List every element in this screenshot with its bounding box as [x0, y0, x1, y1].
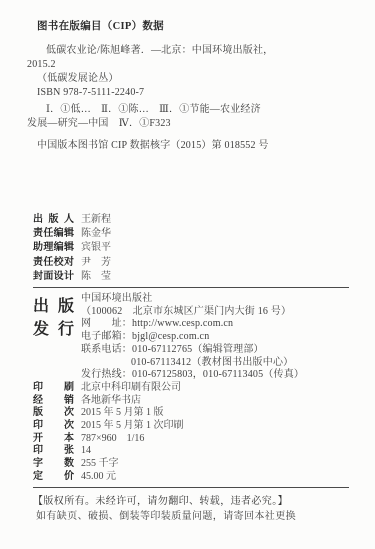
quality-notice: 如有缺页、破损、倒装等印装质量问题，请寄回本社更换: [36, 509, 349, 524]
print-value: 2015 年 5 月第 1 次印刷: [81, 420, 184, 431]
print-label: 开本: [33, 433, 74, 446]
staff-label: 出版人: [33, 213, 74, 227]
print-label: 定价: [33, 471, 74, 484]
print-label: 版次: [33, 407, 74, 420]
print-value: 北京中科印刷有限公司: [81, 382, 181, 393]
cip-section: 图书在版编目（CIP）数据 低碳农业论/陈旭峰著．—北京：中国环境出版社， 20…: [27, 18, 349, 153]
staff-label: 责任编辑: [33, 227, 74, 241]
cip-record-number: 中国版本图书馆 CIP 数据核字（2015）第 018552 号: [37, 139, 349, 153]
staff-label: 助理编辑: [33, 241, 74, 255]
staff-label: 责任校对: [33, 256, 74, 270]
print-row-word-count: 字数255 千字: [33, 458, 349, 471]
publisher-details: 中国环境出版社 （100062 北京市东城区广渠门内大街 16 号） 网 址：h…: [81, 293, 304, 382]
print-value: 2015 年 5 月第 1 版: [81, 407, 164, 418]
print-value: 45.00 元: [81, 471, 116, 482]
print-row-impression: 印次2015 年 5 月第 1 次印刷: [33, 420, 349, 433]
publisher-hotline: 发行热线：010-67125803，010-67113405（传真）: [81, 369, 304, 382]
publishing-section: 出版发行 中国环境出版社 （100062 北京市东城区广渠门内大街 16 号） …: [33, 293, 349, 484]
publisher-block: 出版发行 中国环境出版社 （100062 北京市东城区广渠门内大街 16 号） …: [33, 293, 349, 382]
publisher-address: （100062 北京市东城区广渠门内大街 16 号）: [81, 306, 304, 319]
staff-value: 尹 芳: [81, 257, 111, 268]
publisher-phone-1: 联系电话：010-67112765（编辑管理部）: [81, 344, 304, 357]
print-value: 787×960 1/16: [81, 433, 144, 444]
staff-row-proofreader: 责任校对尹 芳: [33, 256, 349, 270]
print-value: 255 千字: [81, 458, 119, 469]
publisher-email: 电子邮箱：bjgl@cesp.com.cn: [81, 331, 304, 344]
divider-top: [33, 287, 349, 288]
print-row-edition: 版次2015 年 5 月第 1 版: [33, 407, 349, 420]
staff-row-publisher-person: 出版人王新程: [33, 213, 349, 227]
staff-section: 出版人王新程 责任编辑陈金华 助理编辑宾银平 责任校对尹 芳 封面设计陈 莹: [33, 213, 349, 284]
print-row-format: 开本787×960 1/16: [33, 433, 349, 446]
staff-row-cover-designer: 封面设计陈 莹: [33, 270, 349, 284]
copyright-notice: 【版权所有。未经许可，请勿翻印、转载，违者必究。】: [33, 494, 349, 509]
cip-header: 图书在版编目（CIP）数据: [37, 18, 349, 33]
cip-classification-line: Ⅰ．①低… Ⅱ．①陈… Ⅲ．①节能—农业经济: [46, 103, 349, 117]
print-row-price: 定价45.00 元: [33, 471, 349, 484]
cip-title-line-continued: 2015.2: [27, 58, 349, 72]
staff-row-editor: 责任编辑陈金华: [33, 227, 349, 241]
divider-bottom: [33, 487, 349, 488]
print-label: 印张: [33, 445, 74, 458]
publisher-phone-2: 010-67113412（教材图书出版中心）: [131, 357, 304, 370]
publisher-label: 出版发行: [33, 293, 74, 382]
print-row-sheets: 印张14: [33, 445, 349, 458]
print-value: 各地新华书店: [81, 395, 141, 406]
cip-classification-line-continued: 发展—研究—中国 Ⅳ．①F323: [27, 117, 349, 131]
print-label: 经销: [33, 395, 74, 408]
print-row-printer: 印刷北京中科印刷有限公司: [33, 382, 349, 395]
print-value: 14: [81, 445, 91, 456]
cip-isbn: ISBN 978-7-5111-2240-7: [37, 86, 349, 100]
staff-row-assistant-editor: 助理编辑宾银平: [33, 241, 349, 255]
staff-value: 陈 莹: [81, 271, 111, 282]
print-row-distributor: 经销各地新华书店: [33, 395, 349, 408]
cip-series: （低碳发展论丛）: [37, 72, 349, 86]
staff-label: 封面设计: [33, 270, 74, 284]
staff-value: 陈金华: [81, 228, 111, 239]
cip-title-line: 低碳农业论/陈旭峰著．—北京：中国环境出版社，: [46, 44, 349, 58]
book-copyright-page: 图书在版编目（CIP）数据 低碳农业论/陈旭峰著．—北京：中国环境出版社， 20…: [0, 0, 375, 549]
print-label: 印刷: [33, 382, 74, 395]
publisher-name: 中国环境出版社: [81, 293, 304, 306]
publisher-website: 网 址：http://www.cesp.com.cn: [81, 318, 304, 331]
print-label: 印次: [33, 420, 74, 433]
footer-notices: 【版权所有。未经许可，请勿翻印、转载，违者必究。】 如有缺页、破损、倒装等印装质…: [33, 494, 349, 524]
staff-value: 王新程: [81, 214, 111, 225]
print-label: 字数: [33, 458, 74, 471]
staff-value: 宾银平: [81, 242, 111, 253]
